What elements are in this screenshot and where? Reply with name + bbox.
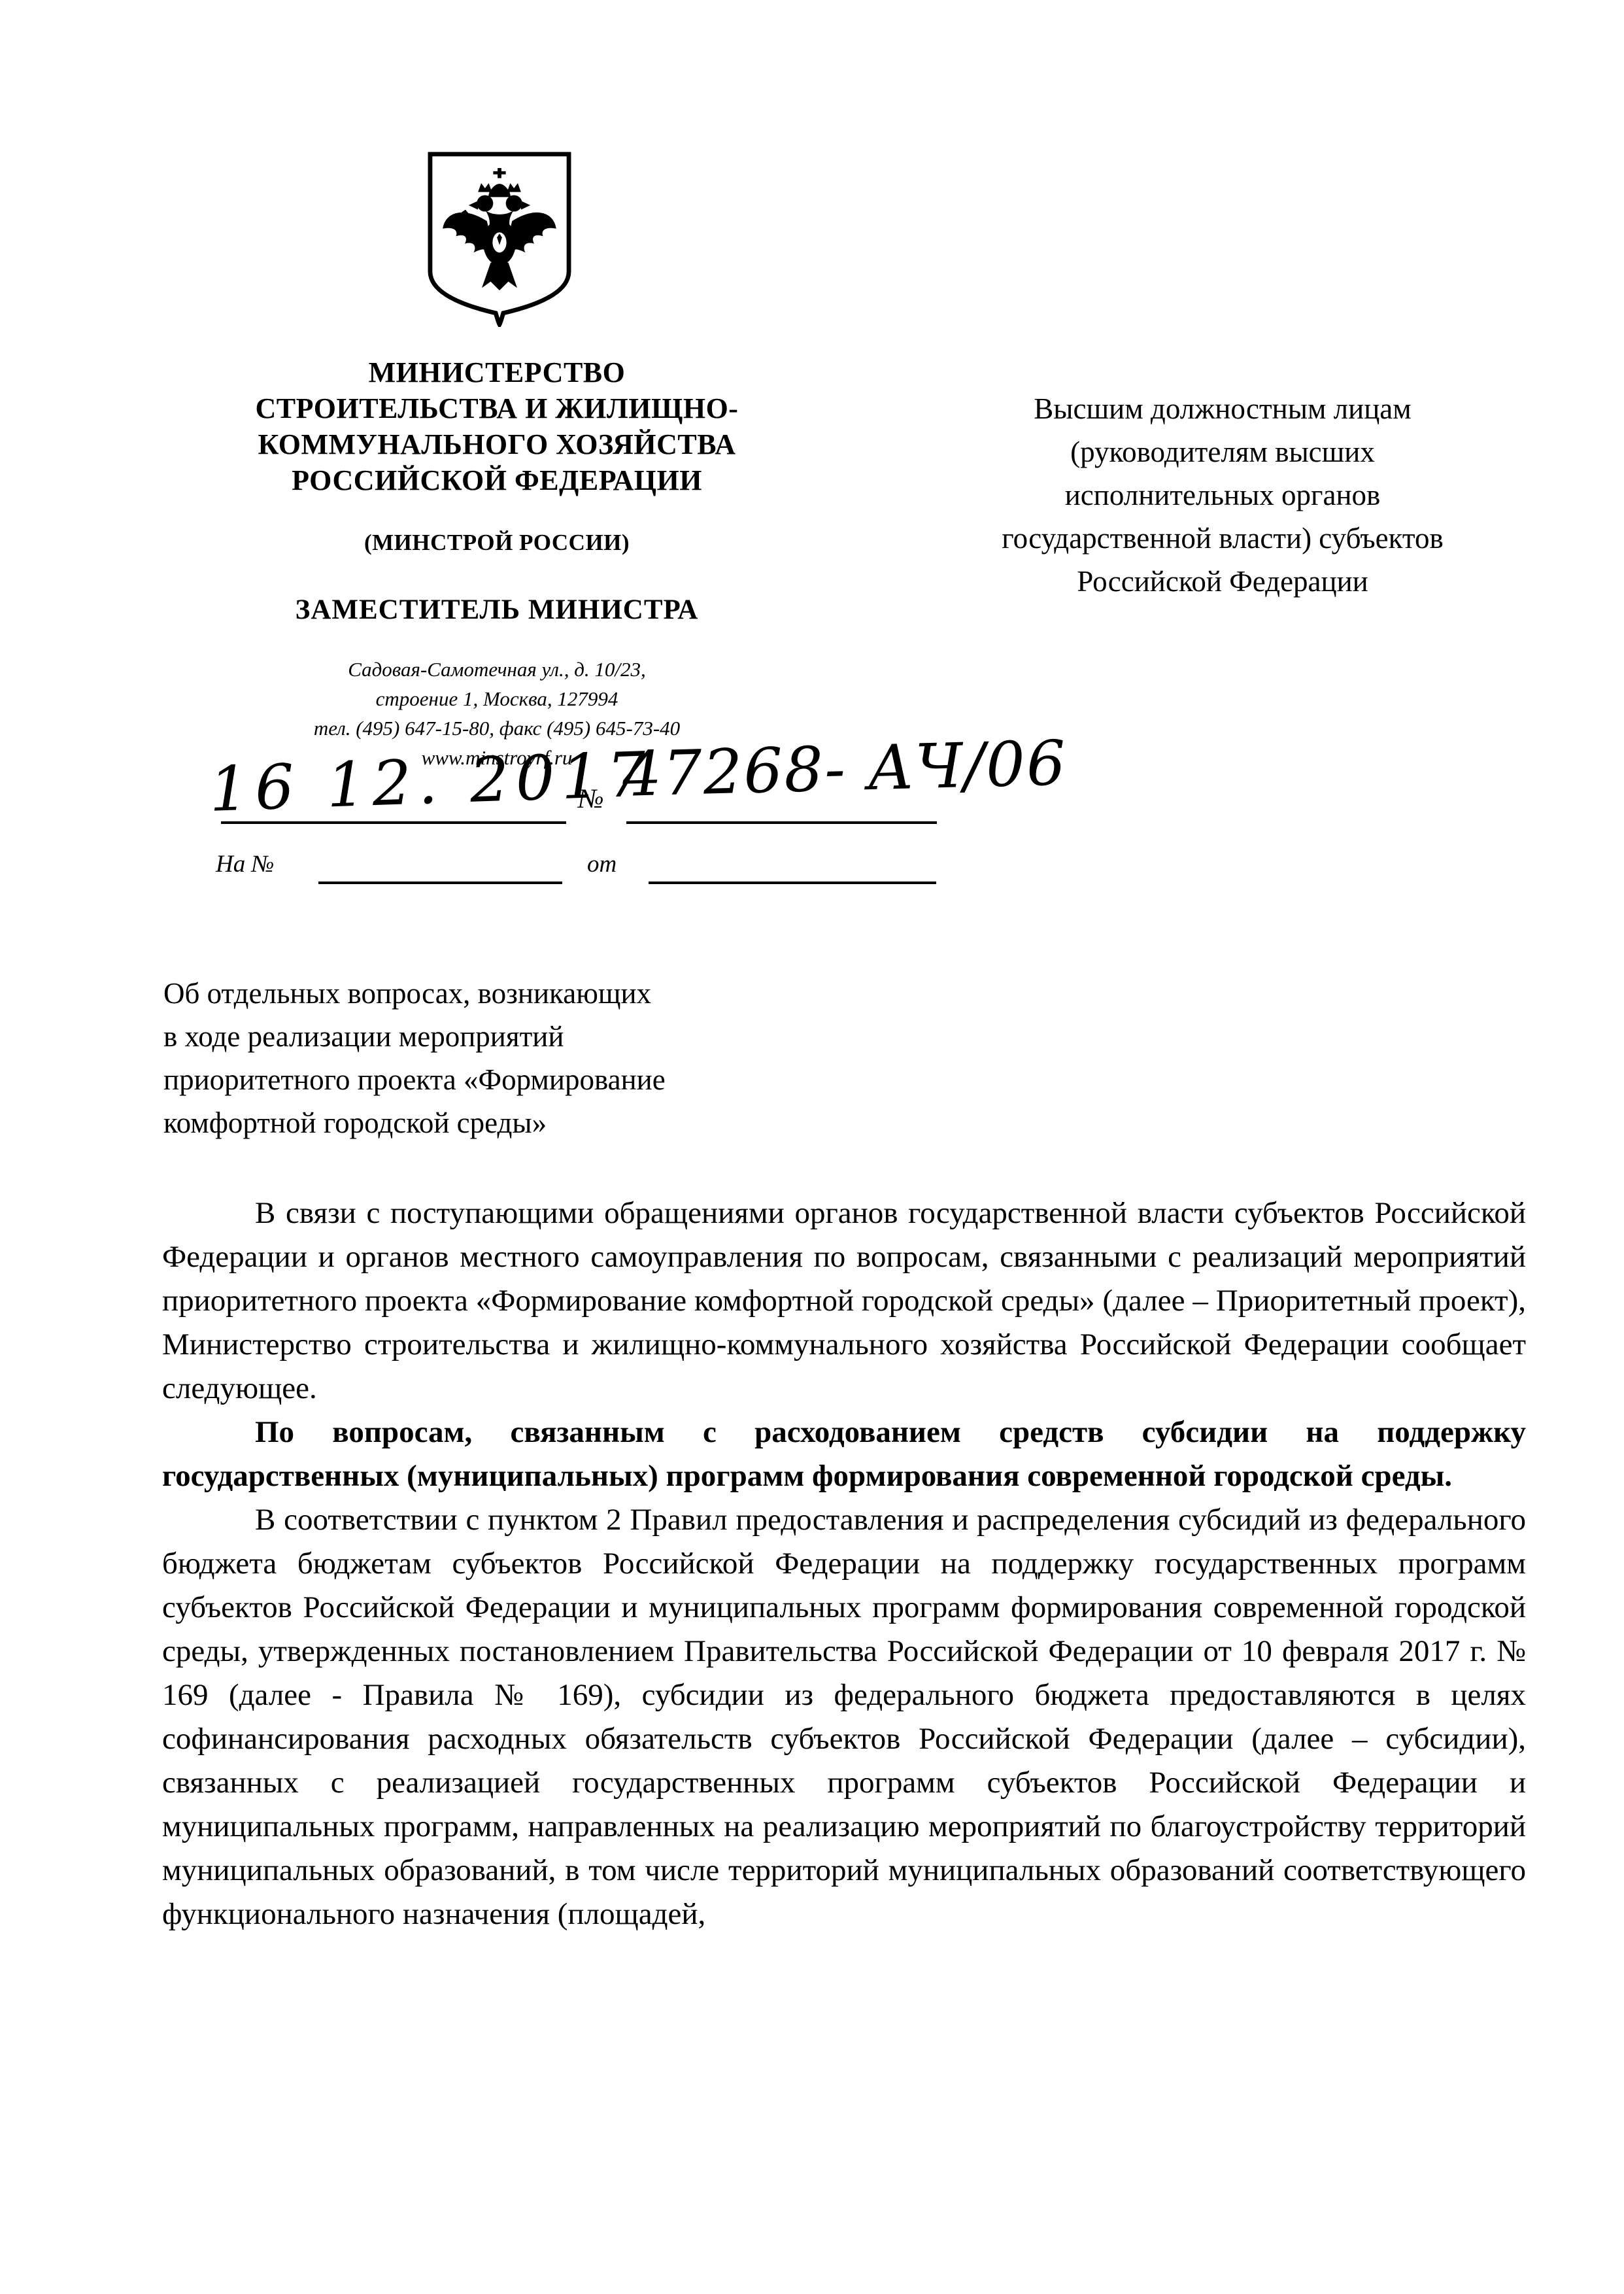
ministry-lines-item: РОССИЙСКОЙ ФЕДЕРАЦИИ (209, 462, 785, 498)
addressee-lines-item: исполнительных органов (902, 473, 1543, 517)
address-lines-item: строение 1, Москва, 127994 (209, 684, 785, 713)
handwritten-number: 47268- АЧ/06 (622, 728, 1068, 811)
reply-from-label: от (587, 850, 617, 878)
letterhead: МИНИСТЕРСТВОСТРОИТЕЛЬСТВА И ЖИЛИЩНО-КОММ… (209, 354, 785, 772)
ministry-short-name: (МИНСТРОЙ РОССИИ) (209, 530, 785, 556)
addressee-lines-item: Высшим должностным лицам (902, 387, 1543, 430)
number-underline (626, 821, 937, 824)
addressee-lines-item: Российской Федерации (902, 560, 1543, 603)
subject-lines-item: Об отдельных вопросах, возникающих (163, 972, 837, 1015)
ministry-lines-item: МИНИСТЕРСТВО (209, 354, 785, 390)
reply-number-underline (318, 882, 562, 884)
letter-page: МИНИСТЕРСТВОСТРОИТЕЛЬСТВА И ЖИЛИЩНО-КОММ… (0, 0, 1624, 2294)
addressee-lines-item: государственной власти) субъектов (902, 517, 1543, 560)
subject-lines-item: комфортной городской среды» (163, 1101, 837, 1144)
reply-number-label: На № (216, 850, 274, 878)
date-underline (221, 821, 566, 824)
body-paragraph: В соответствии с пунктом 2 Правил предос… (162, 1498, 1526, 1936)
addressee-lines: Высшим должностным лицам(руководителям в… (902, 387, 1543, 603)
ministry-lines: МИНИСТЕРСТВОСТРОИТЕЛЬСТВА И ЖИЛИЩНО-КОММ… (209, 354, 785, 498)
address-lines-item: Садовая-Самотечная ул., д. 10/23, (209, 655, 785, 684)
subject-lines-item: приоритетного проекта «Формирование (163, 1058, 837, 1101)
ministry-lines-item: СТРОИТЕЛЬСТВА И ЖИЛИЩНО- (209, 390, 785, 426)
ministry-lines-item: КОММУНАЛЬНОГО ХОЗЯЙСТВА (209, 426, 785, 462)
addressee-lines-item: (руководителям высших (902, 430, 1543, 473)
body-paragraph: По вопросам, связанным с расходованием с… (162, 1411, 1526, 1498)
subject-lines-item: в ходе реализации мероприятий (163, 1015, 837, 1058)
body-paragraph: В связи с поступающими обращениями орган… (162, 1191, 1526, 1411)
number-sign-label: № (578, 783, 604, 815)
position-title: ЗАМЕСТИТЕЛЬ МИНИСТРА (209, 594, 785, 626)
reply-from-underline (649, 882, 936, 884)
subject-lines: Об отдельных вопросах, возникающихв ходе… (163, 972, 837, 1144)
body-paragraphs: В связи с поступающими обращениями орган… (162, 1191, 1526, 1936)
coat-of-arms-icon (422, 150, 577, 327)
